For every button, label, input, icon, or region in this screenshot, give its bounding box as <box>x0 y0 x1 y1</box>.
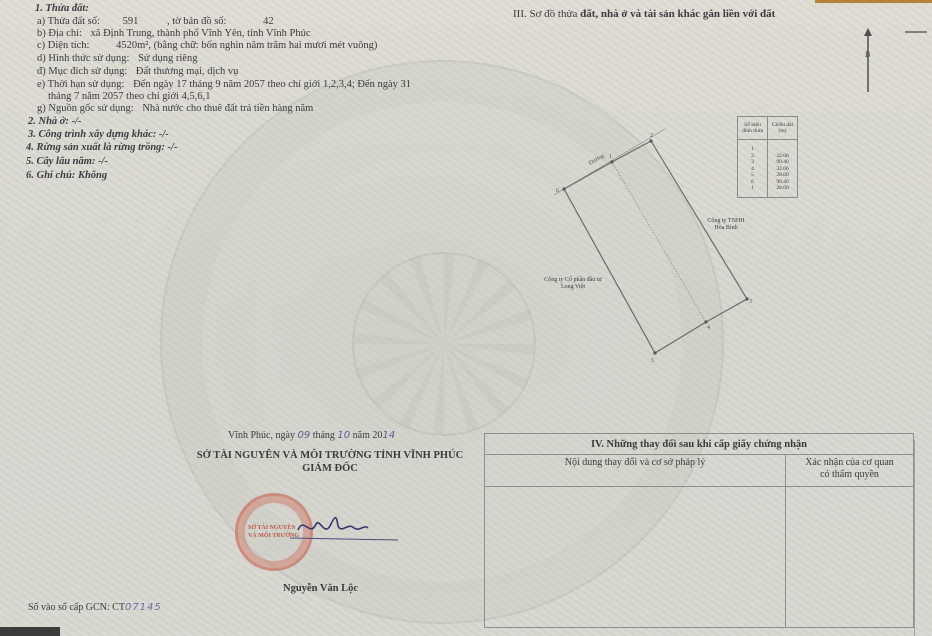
agency-name: SỞ TÀI NGUYÊN VÀ MÔI TRƯỜNG TỈNH VĨNH PH… <box>185 449 475 462</box>
issue-month: 10 <box>337 430 350 441</box>
plot-diagram-heading-light: III. Sơ đồ thửa <box>513 8 577 20</box>
purpose-value: Đất thương mại, dịch vụ <box>136 66 239 77</box>
registry-number: Số vào sổ cấp GCN: CT07145 <box>28 602 162 613</box>
origin-row: g) Nguồn gốc sử dụng: Nhà nước cho thuê … <box>37 103 313 115</box>
col-confirm-header: Xác nhận của cơ quan có thẩm quyền <box>786 455 914 487</box>
north-label: B <box>865 50 870 59</box>
purpose-label: đ) Mục đích sử dụng: <box>37 66 127 77</box>
vertex-label-6: 6 <box>556 188 559 194</box>
plot-diagram: 6 1 2 3 4 5 Đường <box>540 125 770 365</box>
land-info-section: 1. Thửa đất: a) Thửa đất số: 591 , tờ bả… <box>0 0 500 430</box>
notes-label: 6. Ghi chú: <box>26 170 75 181</box>
plot-diagram-heading-bold: đất, nhà ở và tài sản khác gắn liền với … <box>580 8 775 20</box>
vertex-label-4: 4 <box>707 325 710 331</box>
paper-top-edge <box>815 0 932 3</box>
changes-confirm-cell <box>786 487 914 628</box>
plot-number-row: a) Thửa đất số: 591 , tờ bản đồ số: 42 <box>37 16 274 28</box>
address-value: xã Định Trung, thành phố Vĩnh Yên, tỉnh … <box>91 28 311 39</box>
changes-title: IV. Những thay đổi sau khi cấp giấy chứn… <box>485 434 914 455</box>
year-label: năm 20 <box>353 430 383 441</box>
issue-place: Vĩnh Phúc, ngày <box>228 430 295 441</box>
term-row: e) Thời hạn sử dụng: Đến ngày 17 tháng 9… <box>37 79 411 91</box>
vertex-label-5: 5 <box>651 358 654 364</box>
issue-date: Vĩnh Phúc, ngày 09 tháng 10 năm 2014 <box>228 430 395 441</box>
changes-content-cell <box>485 487 786 628</box>
col-confirm-line1: Xác nhận của cơ quan <box>787 457 912 469</box>
plot-number-value: 591 <box>123 16 139 27</box>
section-heading-land: 1. Thửa đất: <box>35 3 89 15</box>
address-label: b) Địa chỉ: <box>37 28 82 39</box>
edge-mark <box>905 31 927 33</box>
length-column: 32.06 90.40 32.06 28.00 90.40 28.00 <box>768 140 798 198</box>
issue-day: 09 <box>297 430 310 441</box>
neighbor-left-label: Công ty Cổ phần đầu tư Long Việt <box>543 277 603 291</box>
vertex-label-2: 2 <box>650 133 653 139</box>
registry-value: 07145 <box>125 602 162 613</box>
area-label: c) Diện tích: <box>37 40 89 51</box>
north-arrow-icon <box>867 34 869 92</box>
term-value-line2: tháng 7 năm 2057 theo chỉ giới 4,5,6,1 <box>48 91 210 103</box>
col-content-header: Nội dung thay đổi và cơ sở pháp lý <box>485 455 786 487</box>
month-label: tháng <box>313 430 335 441</box>
notes-row: 6. Ghi chú: Không <box>26 170 107 182</box>
issue-year: 14 <box>382 430 395 441</box>
internal-boundary <box>612 162 706 322</box>
production-forest-value: -/- <box>168 142 178 153</box>
perennial-trees-row: 5. Cây lâu năm: -/- <box>26 156 108 168</box>
origin-label: g) Nguồn gốc sử dụng: <box>37 103 134 114</box>
map-sheet-label: , tờ bản đồ số: <box>167 16 227 27</box>
background-edge <box>0 627 60 636</box>
signer-name: Nguyễn Văn Lộc <box>283 583 358 594</box>
use-form-value: Sử dụng riêng <box>138 53 197 64</box>
changes-table: IV. Những thay đổi sau khi cấp giấy chứn… <box>484 433 914 628</box>
road-label: Đường <box>588 153 606 167</box>
col-confirm-line2: có thẩm quyền <box>787 469 912 481</box>
map-sheet-value: 42 <box>263 16 274 27</box>
house-row: 2. Nhà ở: -/- <box>28 116 81 128</box>
house-value: -/- <box>72 116 82 127</box>
notes-value: Không <box>78 170 107 181</box>
area-row: c) Diện tích: 4520m², (bằng chữ: bốn ngh… <box>37 40 377 52</box>
perennial-trees-label: 5. Cây lâu năm: <box>26 156 95 167</box>
other-construction-value: -/- <box>159 129 169 140</box>
vertex-label-3: 3 <box>749 299 752 305</box>
signer-position: GIÁM ĐỐC <box>185 462 475 475</box>
paper-right-edge <box>914 440 932 636</box>
production-forest-label: 4. Rừng sản xuất là rừng trồng: <box>26 142 165 153</box>
length-cell: 28.00 <box>770 185 795 192</box>
plot-diagram-heading: III. Sơ đồ thửa đất, nhà ở và tài sản kh… <box>513 8 775 20</box>
term-value-line1: Đến ngày 17 tháng 9 năm 2057 theo chỉ gi… <box>133 79 411 90</box>
neighbor-right-label: Công ty TNHH Hòa Bình <box>702 218 750 232</box>
registry-label: Số vào sổ cấp GCN: CT <box>28 602 125 613</box>
other-construction-row: 3. Công trình xây dựng khác: -/- <box>28 129 169 141</box>
vertex-label-1: 1 <box>609 154 612 160</box>
perennial-trees-value: -/- <box>98 156 108 167</box>
use-form-row: d) Hình thức sử dụng: Sử dụng riêng <box>37 53 197 65</box>
origin-value: Nhà nước cho thuê đất trả tiền hàng năm <box>142 103 313 114</box>
term-label: e) Thời hạn sử dụng: <box>37 79 124 90</box>
address-row: b) Địa chỉ: xã Định Trung, thành phố Vĩn… <box>37 28 311 40</box>
area-value: 4520m², (bằng chữ: bốn nghìn năm trăm ha… <box>116 40 377 51</box>
use-form-label: d) Hình thức sử dụng: <box>37 53 129 64</box>
production-forest-row: 4. Rừng sản xuất là rừng trồng: -/- <box>26 142 177 154</box>
col-length-header: Chiều dài (m) <box>768 117 798 140</box>
signature <box>290 510 400 550</box>
issuing-agency: SỞ TÀI NGUYÊN VÀ MÔI TRƯỜNG TỈNH VĨNH PH… <box>185 449 475 475</box>
other-construction-label: 3. Công trình xây dựng khác: <box>28 129 156 140</box>
purpose-row: đ) Mục đích sử dụng: Đất thương mại, dịc… <box>37 66 238 78</box>
plot-number-label: a) Thửa đất số: <box>37 16 100 27</box>
house-label: 2. Nhà ở: <box>28 116 69 127</box>
